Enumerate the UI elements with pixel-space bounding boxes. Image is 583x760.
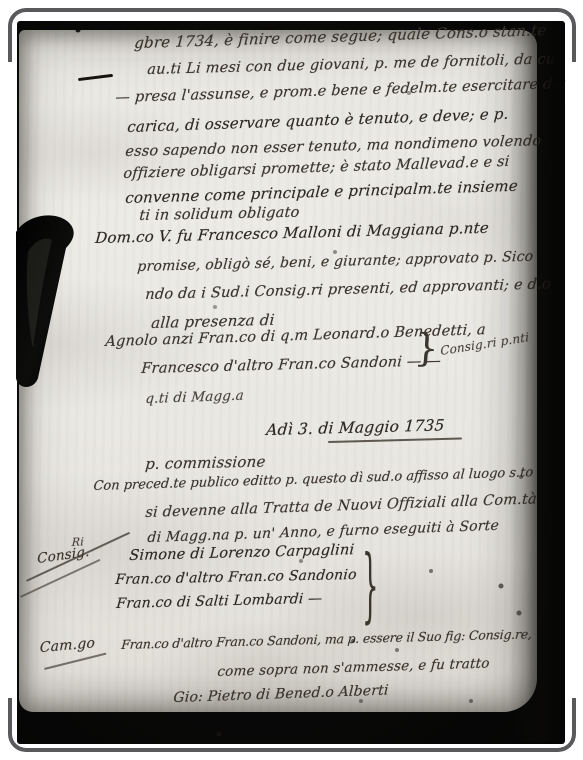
manuscript-line: au.ti Li mesi con due giovani, p. me de … [147, 51, 561, 78]
manuscript-line: Francesco d'altro Fran.co Sandoni — — [141, 353, 442, 377]
manuscript-line: promise, obligò sé, beni, e giurante; ap… [137, 249, 534, 275]
drawn-name: Fran.co d'altro Fran.co Sandonio [115, 567, 358, 588]
manuscript-line: Gio: Pietro di Bened.o Alberti [173, 682, 389, 706]
manuscript-line: carica, di osservare quanto è tenuto, e … [127, 105, 510, 136]
drawn-name: Fran.co di Salti Lombardi — [116, 591, 323, 612]
camerlengo-flourish [44, 653, 106, 670]
margin-note-camerlengo: Cam.go [40, 635, 95, 656]
manuscript-line: si devenne alla Tratta de Nuovi Offizial… [145, 491, 538, 521]
book-strap [12, 208, 92, 398]
scan-viewer: { "colors": { "background": "#ffffff", "… [0, 0, 583, 760]
manuscript-line: gbre 1734, è finire come segue; quale Co… [134, 21, 547, 52]
manuscript-line: convenne come principale e principalm.te… [125, 177, 519, 207]
manuscript-line: di Magg.na p. un' Anno, e furno eseguiti… [147, 518, 500, 546]
ink-specks [0, 0, 2, 2]
manuscript-line: ti in solidum obligato [139, 205, 301, 224]
side-brace-icon: } [413, 325, 440, 371]
manuscript-line: ndo da i Sud.i Consig.ri presenti, ed ap… [145, 276, 552, 303]
names-brace-icon: } [362, 541, 379, 634]
date-heading: Adì 3. di Maggio 1735 [266, 416, 446, 439]
manuscript-line: q.ti di Magg.a [145, 388, 245, 407]
manuscript-line: — presa l'assunse, e prom.e bene e fedel… [115, 76, 567, 106]
manuscript-line: p. commissione [144, 452, 266, 473]
manuscript-line: come sopra non s'ammesse, e fu tratto [217, 655, 490, 680]
manuscript-line: Fran.co d'altro Fran.co Sandoni, ma p. e… [121, 626, 533, 652]
heading-underline [328, 437, 462, 442]
